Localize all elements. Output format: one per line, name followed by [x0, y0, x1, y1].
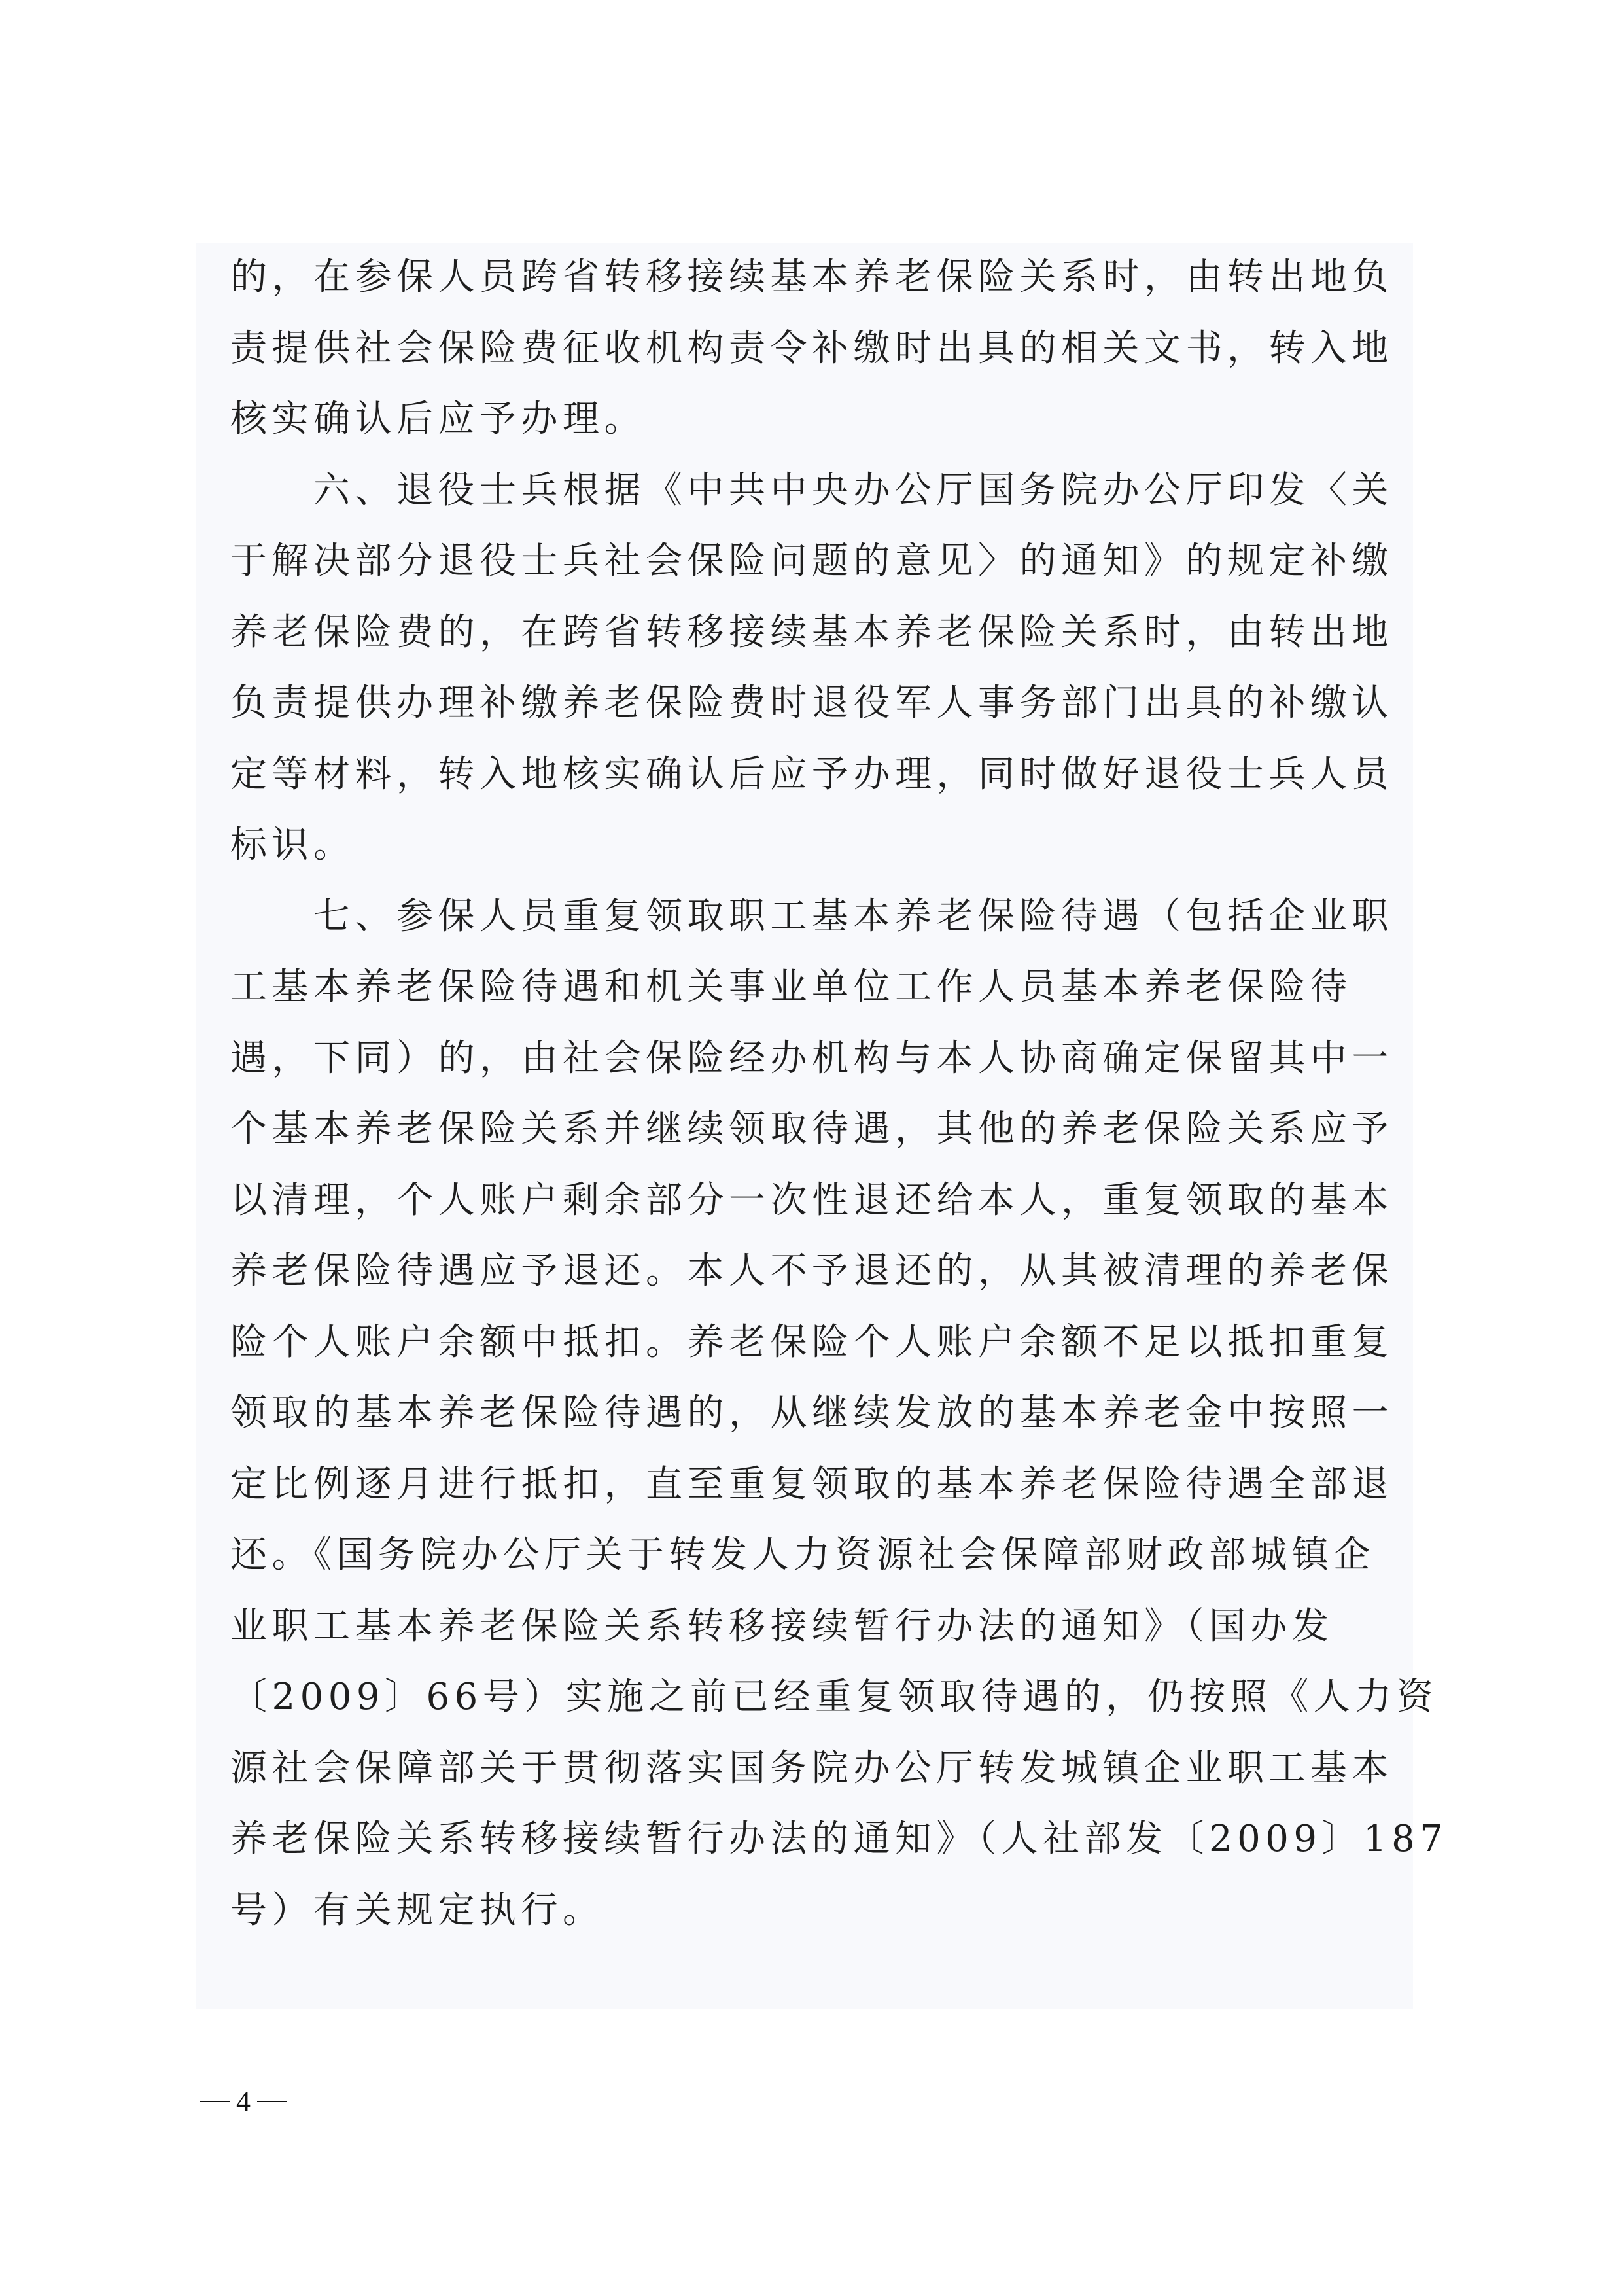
page-number-left-dash: [200, 2101, 230, 2102]
section-six-heading-line: 六、退役士兵根据《中共中央办公厅国务院办公厅印发〈关: [230, 455, 1401, 527]
text-line: 〔2009〕66号）实施之前已经重复领取待遇的，仍按照《人力资: [230, 1662, 1401, 1733]
document-body: 的，在参保人员跨省转移接续基本养老保险关系时，由转出地负 责提供社会保险费征收机…: [230, 242, 1401, 1946]
text-line: 险个人账户余额中抵扣。养老保险个人账户余额不足以抵扣重复: [230, 1307, 1401, 1379]
text-line: 遇，下同）的，由社会保险经办机构与本人协商确定保留其中一: [230, 1023, 1401, 1095]
text-line: 还。《国务院办公厅关于转发人力资源社会保障部财政部城镇企: [230, 1520, 1401, 1591]
page-number: 4: [236, 2082, 251, 2121]
text-line: 源社会保障部关于贯彻落实国务院办公厅转发城镇企业职工基本: [230, 1733, 1401, 1805]
text-line: 号）有关规定执行。: [230, 1875, 1401, 1947]
text-line: 工基本养老保险待遇和机关事业单位工作人员基本养老保险待: [230, 952, 1401, 1023]
text-line: 以清理，个人账户剩余部分一次性退还给本人，重复领取的基本: [230, 1165, 1401, 1237]
text-line: 定等材料，转入地核实确认后应予办理，同时做好退役士兵人员: [230, 739, 1401, 811]
text-line: 核实确认后应予办理。: [230, 384, 1401, 455]
text-line: 责提供社会保险费征收机构责令补缴时出具的相关文书，转入地: [230, 313, 1401, 385]
text-line: 个基本养老保险关系并继续领取待遇，其他的养老保险关系应予: [230, 1094, 1401, 1165]
text-line: 养老保险费的，在跨省转移接续基本养老保险关系时，由转出地: [230, 597, 1401, 669]
section-seven-heading-line: 七、参保人员重复领取职工基本养老保险待遇（包括企业职: [230, 881, 1401, 953]
text-line: 领取的基本养老保险待遇的，从继续发放的基本养老金中按照一: [230, 1378, 1401, 1449]
text-line: 负责提供办理补缴养老保险费时退役军人事务部门出具的补缴认: [230, 668, 1401, 739]
page-number-right-dash: [257, 2101, 287, 2102]
text-line: 养老保险关系转移接续暂行办法的通知》（人社部发〔2009〕187: [230, 1804, 1401, 1875]
text-line: 于解决部分退役士兵社会保险问题的意见〉的通知》的规定补缴: [230, 526, 1401, 597]
text-line: 养老保险待遇应予退还。本人不予退还的，从其被清理的养老保: [230, 1236, 1401, 1307]
text-line: 业职工基本养老保险关系转移接续暂行办法的通知》（国办发: [230, 1591, 1401, 1663]
text-line: 标识。: [230, 810, 1401, 881]
page-number-footer: 4: [200, 2082, 287, 2121]
text-line: 的，在参保人员跨省转移接续基本养老保险关系时，由转出地负: [230, 242, 1401, 313]
text-line: 定比例逐月进行抵扣，直至重复领取的基本养老保险待遇全部退: [230, 1449, 1401, 1521]
